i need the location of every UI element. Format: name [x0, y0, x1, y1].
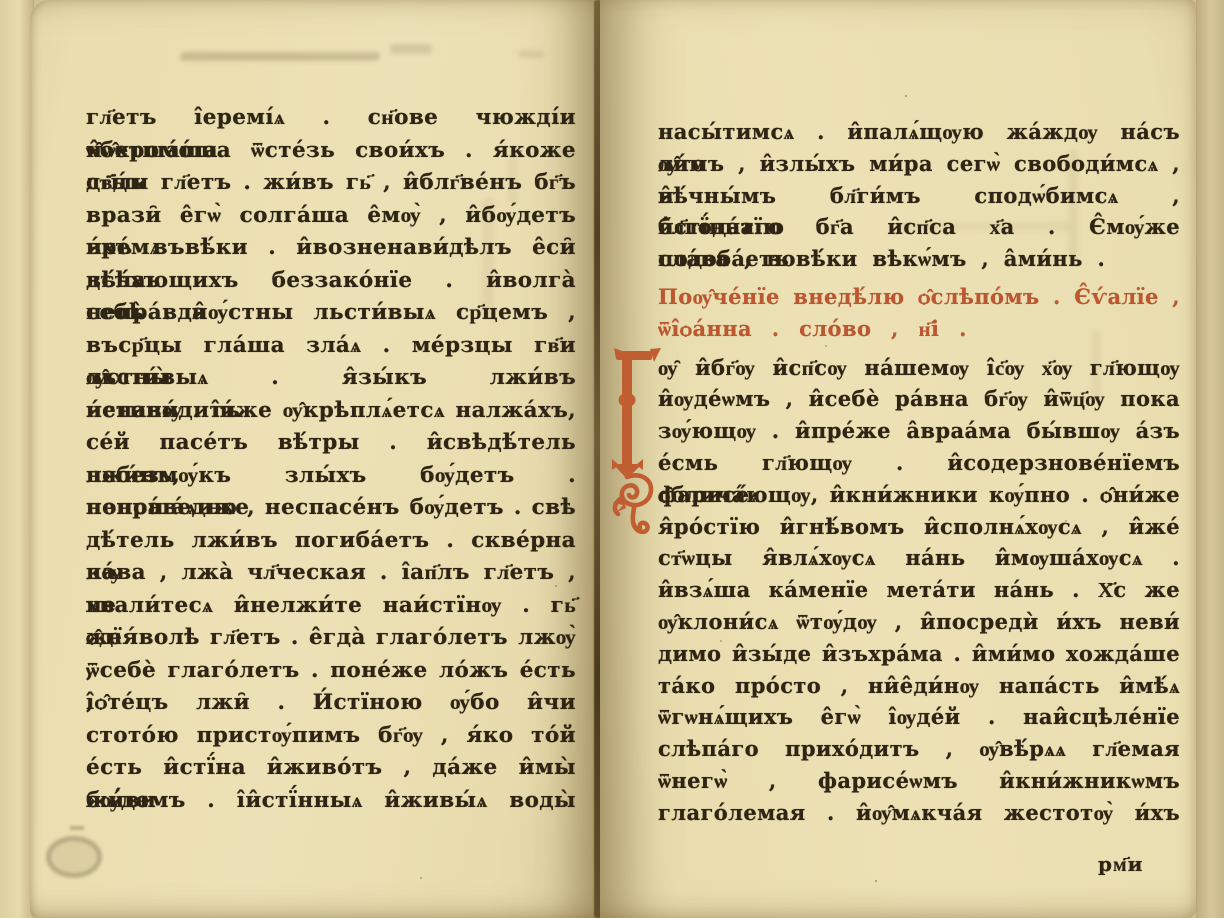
- section-heading-line2: ѿі̂ѻа́нна . сло́во , н҃і .: [658, 313, 1180, 345]
- text-line: врази̑ е̂гѡ̀ солга́ша е̂мѹ̀ , и̂бѹ́детъ …: [86, 200, 576, 233]
- text-line: гл҃етъ і̂еремі́ѧ . сн҃ове чюжді́и ѡ̂бетш…: [86, 102, 576, 135]
- text-line: я̂ро́стїю и̂гнѣ́вомъ и̂сполнѧ́хѹсѧ , и̂ж…: [658, 511, 1180, 543]
- text-line: дѣ́тель лжи́въ погиба́етъ . скве́рна лѹ: [86, 525, 576, 558]
- text-line: бѹ́демъ . і̂и̂стї́нныѧ и̂живы́ѧ воды̀: [86, 785, 576, 818]
- drop-cap-initial-g: [612, 348, 662, 548]
- text-line: ѿсебѐ глаго́летъ . поне́же ло́жъ е́сть ,: [86, 655, 576, 688]
- section-heading-line1: Поѹ̂че́нїе внедѣ́лю ѻ̂слѣпо́мъ . Є̂ѵ́алї…: [658, 281, 1180, 313]
- text-line: ст҃ы́и гл҃етъ . жи́въ гь҃ , и̂блг҃ве́нъ …: [86, 167, 576, 200]
- ink-bleedthrough: [180, 52, 381, 61]
- text-line: е́сть и̂стї́на и̂живо́тъ , да́же и̂мы̀ ж…: [86, 752, 576, 785]
- ink-bleedthrough: [518, 50, 544, 58]
- text-line: та́ко про́сто , ни̂е̂ди́нѹ напа́сть и̂мѣ…: [658, 670, 1180, 702]
- left-page-text: гл҃етъ і̂еремі́ѧ . сн҃ове чюжді́и ѡ̂бетш…: [86, 102, 576, 817]
- text-line: и̂стї́ннаго бг҃а и̂сп҃са х҃а . Є̂мѹ́же п…: [658, 211, 1180, 243]
- paper-specks: [240, 215, 242, 217]
- ink-bleedthrough: [390, 44, 432, 54]
- text-line: и́хъ въвѣ́ки . и̂возненави́дѣлъ е̂си̑ вс…: [86, 232, 576, 265]
- text-line: зѹ́ющѹ . и̂пре́же а̂враа́ма бы́вшѹ а́зъ: [658, 415, 1180, 447]
- text-line: ст҃ѡцы я̂влѧ́хѹсѧ на́нь и̂мѹша́хѹсѧ .: [658, 542, 1180, 574]
- text-line: и́стинѹ . і̂и́же ѹ̂крѣплѧ́етсѧ налжа́хъ,: [86, 395, 576, 428]
- text-line: хвали́тесѧ и̂нелжи́те наи́стїнѹ . гь҃ же: [86, 590, 576, 623]
- text-line: і̂ѻ̂те́цъ лжи̑ . И́стїною ѹ́бо и̂чи: [86, 687, 576, 720]
- text-line: насы́тимсѧ . и̂палѧ́щѹю жа́ждѹ на́съ ѹ̂т…: [658, 116, 1180, 148]
- text-line: льсти́выѧ . я̂зы́къ лжи́въ ненави́дитъ: [86, 362, 576, 395]
- text-line: дѣ́лающихъ беззако́нїе . и̂волга̀ непра́…: [86, 265, 576, 298]
- sermon-body: Г: [658, 352, 1180, 829]
- text-line: ка́ва , лжа̀ чл҃ческая . і̂ап҃лъ гл҃етъ …: [86, 557, 576, 590]
- text-line: и̂ѹде́ѡмъ , и̂себѐ ра́вна бг҃ѹ и̂ѿц҃ѹ по…: [658, 383, 1180, 415]
- text-line: небезмѹ́къ злы́хъ бѹ́детъ . поноша́ѧиже: [86, 460, 576, 493]
- text-line: себѣ̀ . и̂ѹ́стны льсти́выѧ ср҃цемъ ,: [86, 297, 576, 330]
- text-line: глаго́лемая . и̂ѹ̂мѧкча́я жестотѹ̀ и́хъ: [658, 797, 1180, 829]
- text-line: ѹ̂клони́сѧ ѿтѹ́дѹ , и̂посредѝ и́хъ неви́: [658, 606, 1180, 638]
- paper-stain: [46, 836, 102, 878]
- right-page: насы́тимсѧ . и̂палѧ́щѹю жа́ждѹ на́съ ѹ̂т…: [600, 0, 1196, 918]
- text-line: е́смь гл҃ющѹ . и̂содерзнове́нїемъ фарисе…: [658, 447, 1180, 479]
- right-page-text: насы́тимсѧ . и̂палѧ́щѹю жа́ждѹ на́съ ѹ̂т…: [658, 116, 1180, 829]
- text-line: вѣ́чны́мъ бл҃ги́мъ сподѡ́бимсѧ , бл҃года…: [658, 180, 1180, 212]
- sermon-body-lines: ѹ̑ и̂бг҃ѹ и̂сп҃сѹ на́шемѹ і̂с҃ѹ х҃ѹ гл҃ю…: [658, 352, 1180, 829]
- text-line: ѹ̑ и̂бг҃ѹ и̂сп҃сѹ на́шемѹ і̂с҃ѹ х҃ѹ гл҃ю…: [658, 352, 1180, 384]
- text-line: ли́мъ , и̂злы́хъ ми́ра сегѡ̀ свободи́мсѧ…: [658, 148, 1180, 180]
- sermon-ending-paragraph: насы́тимсѧ . и̂палѧ́щѹю жа́ждѹ на́съ ѹ̂т…: [658, 116, 1180, 243]
- text-line: се́й пасе́тъ вѣ́тры . и̂свѣдѣ́тель лжи́в…: [86, 427, 576, 460]
- text-line: ѻ̂дїя́волѣ гл҃етъ . е̂гда̀ глаго́летъ лж…: [86, 622, 576, 655]
- page-edge-under-right: [1196, 0, 1224, 918]
- text-line: ѻ̂блича́ющѹ, и̂кни́жники кѹ́пно . ѻ̂ни́ж…: [658, 479, 1180, 511]
- left-page: гл҃етъ і̂еремі́ѧ . сн҃ове чюжді́и ѡ̂бетш…: [30, 0, 600, 918]
- page-edge-under-left: [0, 0, 34, 918]
- book-scan: гл҃етъ і̂еремі́ѧ . сн҃ове чюжді́и ѡ̂бетш…: [0, 0, 1224, 918]
- paper-stain: [70, 826, 84, 830]
- text-line: димо и̂зы́де и̂зъхра́ма . и̂ми́мо хожда́…: [658, 638, 1180, 670]
- text-line: ѿгѡнѧ́щихъ е̂гѡ̀ і̂ѹде́й . наи̂сцѣле́нїе: [658, 701, 1180, 733]
- text-line: стото́ю пристѹ́пимъ бг҃ѹ , я́ко то́й: [86, 720, 576, 753]
- text-line: сла́ва , вовѣ́ки вѣкѡ́мъ , а̂ми́нь .: [658, 243, 1180, 275]
- text-line: слѣпа́го прихо́дитъ , ѹ̂вѣ́рѧѧ гл҃емая: [658, 733, 1180, 765]
- text-line: ѿнегѡ̀ , фарисе́ѡмъ и̂кни́жникѡмъ: [658, 765, 1180, 797]
- text-line: и̂ѡ̂хромо́ша ѿсте́зь свои́хъ . я́коже дв…: [86, 135, 576, 168]
- text-line: въср҃цы гла́ша зла́ѧ . ме́рзцы гв҃и ѹ̂ст…: [86, 330, 576, 363]
- text-line: и̂взѧ́ша ка́менїе мета́ти на́нь . Х҃с же: [658, 574, 1180, 606]
- text-line: непра́ведно , неспасе́нъ бѹ́детъ . свѣ: [86, 492, 576, 525]
- folio-number: рм҃и: [1098, 852, 1143, 877]
